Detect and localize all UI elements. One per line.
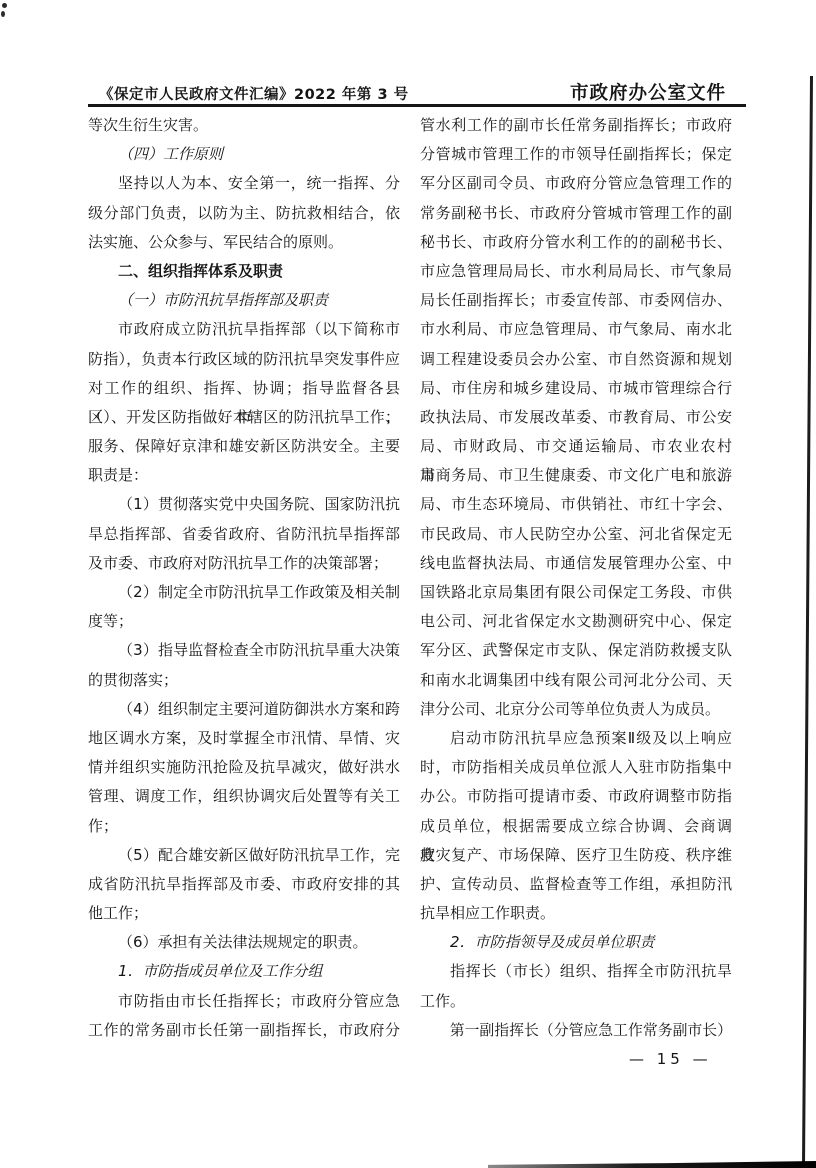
text-line: 等次生衍生灾害。 [88, 111, 400, 140]
text-line: 分管城市管理工作的市领导任副指挥长；保定 [420, 140, 732, 169]
text-line: 局、市财政局、市交通运输局、市农业农村局、 [420, 432, 732, 461]
text-line: 度等； [88, 607, 400, 636]
text-line: 国铁路北京局集团有限公司保定工务段、市供 [420, 578, 732, 607]
text-line: 及市委、市政府对防汛抗旱工作的决策部署； [88, 549, 400, 578]
text-line: 线电监督执法局、市通信发展管理办公室、中 [420, 549, 732, 578]
text-line: 成省防汛抗旱指挥部及市委、市政府安排的其 [88, 870, 400, 899]
text-line: 救灾复产、市场保障、医疗卫生防疫、秩序维 [420, 841, 732, 870]
text-line: 防指），负责本行政区域的防汛抗旱突发事件应 [88, 345, 400, 374]
text-line: 的贯彻落实； [88, 666, 400, 695]
text-line: 市应急管理局局长、市水利局局长、市气象局 [420, 257, 732, 286]
text-line: 和南水北调集团中线有限公司河北分公司、天 [420, 666, 732, 695]
scan-edge-artifact [802, 76, 813, 1168]
text-line: 市防指由市长任指挥长；市政府分管应急 [88, 987, 400, 1016]
scan-speck [1, 11, 5, 17]
header-document-type: 市政府办公室文件 [570, 79, 726, 105]
text-line: 启动市防汛抗旱应急预案Ⅱ级及以上响应 [420, 724, 732, 753]
text-line: 法实施、公众参与、军民结合的原则。 [88, 228, 400, 257]
text-line: 旱总指挥部、省委省政府、省防汛抗旱指挥部 [88, 520, 400, 549]
scan-speck [2, 3, 7, 8]
text-line: （2）制定全市防汛抗旱工作政策及相关制 [88, 578, 400, 607]
text-line: 电公司、河北省保定水文勘测研究中心、保定 [420, 607, 732, 636]
text-line: 他工作； [88, 899, 400, 928]
text-line: 局、市住房和城乡建设局、市城市管理综合行 [420, 374, 732, 403]
text-line: 常务副秘书长、市政府分管城市管理工作的副 [420, 199, 732, 228]
text-line: 级分部门负责，以防为主、防抗救相结合，依 [88, 199, 400, 228]
header-compilation-title: 《保定市人民政府文件汇编》2022 年第 3 号 [99, 83, 409, 104]
text-line: 情并组织实施防汛抢险及抗旱减灾，做好洪水 [88, 753, 400, 782]
text-line: 成员单位，根据需要成立综合协调、会商调度、 [420, 812, 732, 841]
text-line: 对工作的组织、指挥、协调；指导监督各县（市、 [88, 374, 400, 403]
heading-line: 2．市防指领导及成员单位职责 [420, 928, 732, 957]
text-line: 工作的常务副市长任第一副指挥长，市政府分 [88, 1016, 400, 1045]
text-line: 政执法局、市发展改革委、市教育局、市公安 [420, 403, 732, 432]
text-line: 市政府成立防汛抗旱指挥部（以下简称市 [88, 315, 400, 344]
text-line: 指挥长（市长）组织、指挥全市防汛抗旱 [420, 957, 732, 986]
text-line: （1）贯彻落实党中央国务院、国家防汛抗 [88, 490, 400, 519]
text-line: 护、宣传动员、监督检查等工作组，承担防汛 [420, 870, 732, 899]
text-line: 津分公司、北京分公司等单位负责人为成员。 [420, 695, 732, 724]
column-left: 等次生衍生灾害。（四）工作原则坚持以人为本、安全第一，统一指挥、分级分部门负责，… [88, 111, 400, 1047]
text-line: 抗旱相应工作职责。 [420, 899, 732, 928]
heading-line: 二、组织指挥体系及职责 [88, 257, 400, 286]
text-line: 坚持以人为本、安全第一，统一指挥、分 [88, 169, 400, 198]
text-line: （5）配合雄安新区做好防汛抗旱工作，完 [88, 841, 400, 870]
text-line: 地区调水方案，及时掌握全市汛情、旱情、灾 [88, 724, 400, 753]
text-line: 调工程建设委员会办公室、市自然资源和规划 [420, 345, 732, 374]
text-line: （4）组织制定主要河道防御洪水方案和跨 [88, 695, 400, 724]
text-line: 作； [88, 812, 400, 841]
text-line: 局长任副指挥长；市委宣传部、市委网信办、 [420, 286, 732, 315]
heading-line: （一）市防汛抗旱指挥部及职责 [88, 286, 400, 315]
text-line: 工作。 [420, 987, 732, 1016]
text-line: 秘书长、市政府分管水利工作的的副秘书长、 [420, 228, 732, 257]
scan-bottom-artifact [488, 1161, 816, 1168]
text-line: 第一副指挥长（分管应急工作常务副市长） [420, 1016, 729, 1045]
header-rule [88, 104, 746, 107]
column-right: 管水利工作的副市长任常务副指挥长；市政府分管城市管理工作的市领导任副指挥长；保定… [420, 111, 732, 1047]
text-line: 局、市生态环境局、市供销社、市红十字会、 [420, 490, 732, 519]
text-line: 职责是： [88, 461, 400, 490]
text-line: 办公。市防指可提请市委、市政府调整市防指 [420, 782, 732, 811]
text-line: 军分区副司令员、市政府分管应急管理工作的 [420, 169, 732, 198]
document-page: 《保定市人民政府文件汇编》2022 年第 3 号 市政府办公室文件 等次生衍生灾… [0, 0, 816, 1168]
text-line: （6）承担有关法律法规规定的职责。 [88, 928, 400, 957]
heading-line: 1．市防指成员单位及工作分组 [88, 957, 400, 986]
text-line: 时，市防指相关成员单位派人入驻市防指集中 [420, 753, 732, 782]
heading-line: （四）工作原则 [88, 140, 400, 169]
text-line: 军分区、武警保定市支队、保定消防救援支队 [420, 636, 732, 665]
text-line: 市水利局、市应急管理局、市气象局、南水北 [420, 315, 732, 344]
text-line: 区）、开发区防指做好本辖区的防汛抗旱工作； [88, 403, 400, 432]
text-line: 管理、调度工作，组织协调灾后处置等有关工 [88, 782, 400, 811]
text-line: （3）指导监督检查全市防汛抗旱重大决策 [88, 636, 400, 665]
text-line: 服务、保障好京津和雄安新区防洪安全。主要 [88, 432, 400, 461]
text-line: 市民政局、市人民防空办公室、河北省保定无 [420, 520, 732, 549]
text-line: 管水利工作的副市长任常务副指挥长；市政府 [420, 111, 732, 140]
page-number: — 15 — [629, 1050, 712, 1068]
text-line: 市商务局、市卫生健康委、市文化广电和旅游 [420, 461, 732, 490]
